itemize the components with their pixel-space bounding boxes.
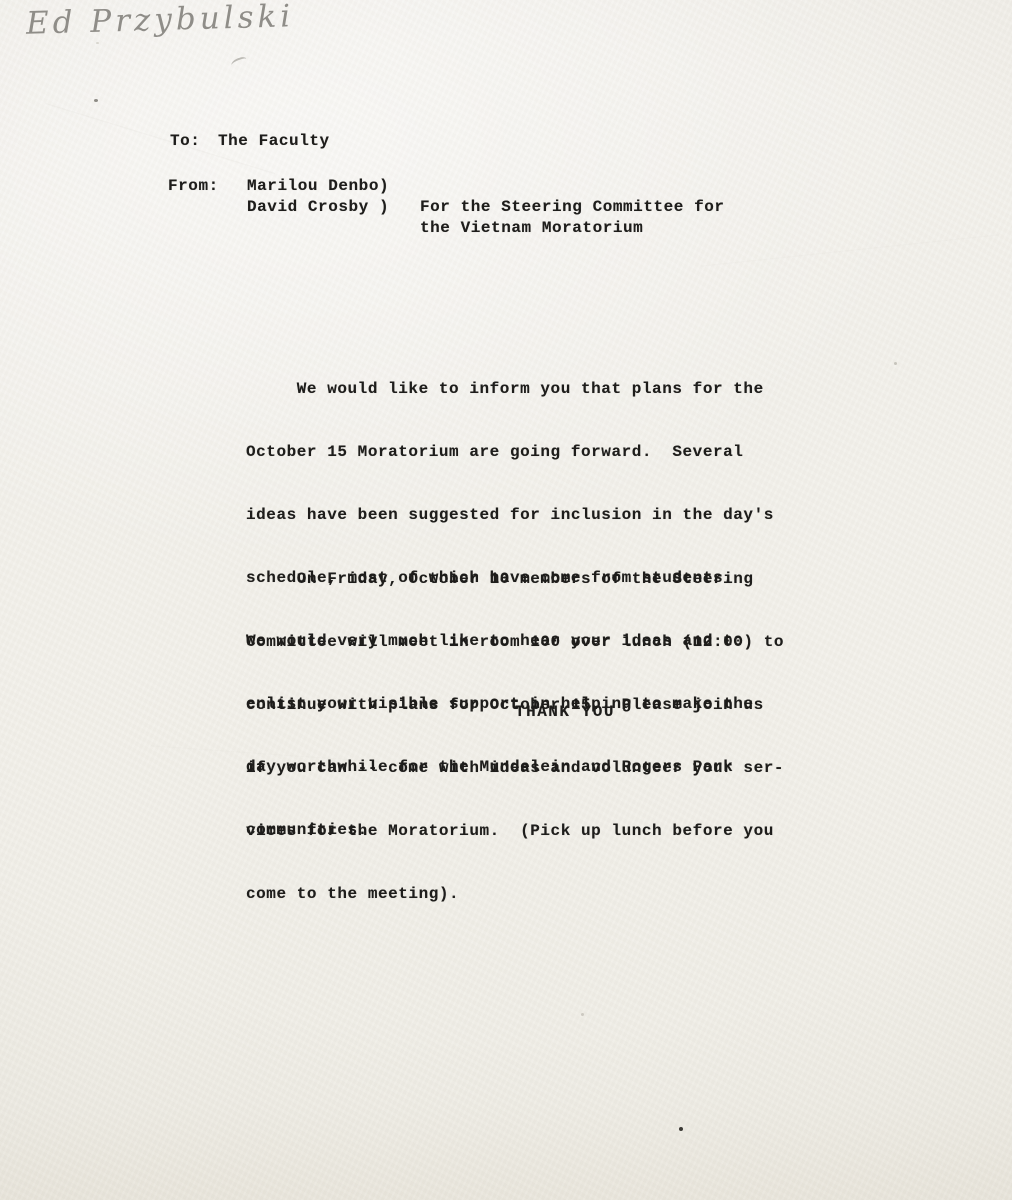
scan-speck [94,99,98,102]
scan-speck [679,1127,683,1131]
to-label: To: [170,131,200,152]
from-name-2: David Crosby ) [247,197,389,218]
committee-line-1: For the Steering Committee for [420,197,725,218]
memo-line: vices for the Moratorium. (Pick up lunch… [246,821,784,842]
memo-line: October 15 Moratorium are going forward.… [246,442,774,463]
scan-speck [581,1013,584,1016]
paragraph-2: On Friday, October 10 members of the Ste… [246,527,784,947]
from-name-1: Marilou Denbo) [247,176,389,197]
pencil-mark [230,56,248,69]
memo-line: ideas have been suggested for inclusion … [246,505,774,526]
from-label: From: [168,176,219,197]
scanned-memo-page: Ed Przybulski To: The Faculty From: Mari… [0,0,1012,1200]
scan-speck [894,362,897,365]
paper-crease [701,234,1000,267]
handwritten-name: Ed Przybulski [26,0,295,42]
committee-line-2: the Vietnam Moratorium [420,218,643,239]
scan-speck [96,42,99,44]
memo-line: if you can -- come with ideas and volunt… [246,758,784,779]
closing-thank-you: THANK YOU [515,702,615,723]
to-value: The Faculty [218,131,330,152]
memo-line: On Friday, October 10 members of the Ste… [246,569,784,590]
memo-line: We would like to inform you that plans f… [246,379,774,400]
memo-line: Committee will meet in room 100 over lun… [246,632,784,653]
memo-line: come to the meeting). [246,884,784,905]
